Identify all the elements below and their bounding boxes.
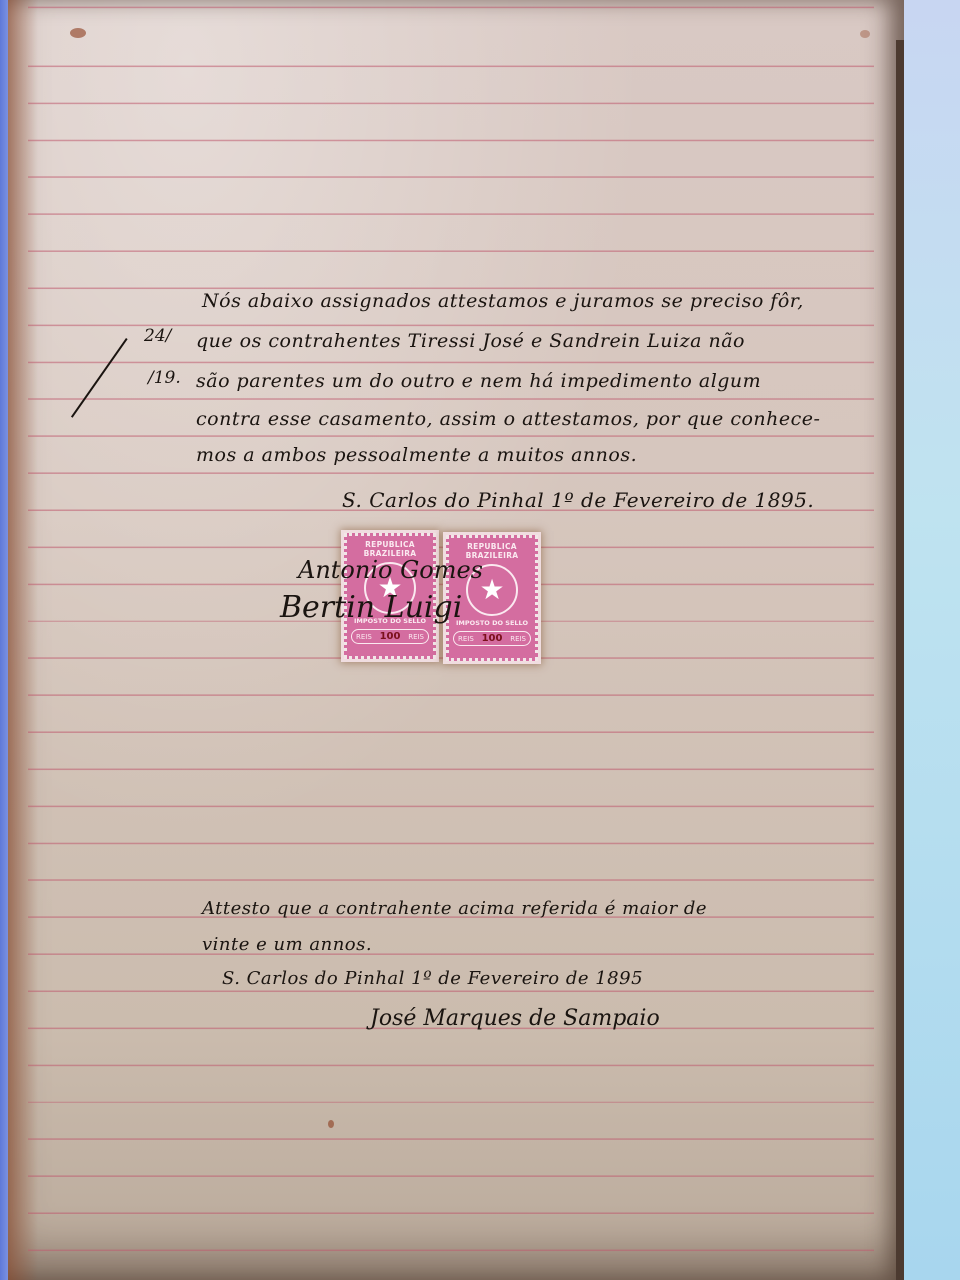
background-right xyxy=(900,0,960,1280)
certification-line-1: Attesto que a contrahente acima referida… xyxy=(202,898,707,919)
witness-signature-2: Bertin Luigi xyxy=(280,590,462,625)
stamp-value-box: REIS 100 REIS xyxy=(453,631,531,646)
stain-spot xyxy=(860,30,870,38)
page-edge-shadow xyxy=(896,40,904,1280)
attestation-line-4: contra esse casamento, assim o attestamo… xyxy=(196,408,820,430)
margin-note-1: 24/ xyxy=(144,326,171,346)
certification-place-date: S. Carlos do Pinhal 1º de Fevereiro de 1… xyxy=(222,968,643,989)
attestation-place-date: S. Carlos do Pinhal 1º de Fevereiro de 1… xyxy=(342,488,814,512)
stamp-currency-left: REIS xyxy=(356,633,372,641)
stamp-value: 100 xyxy=(380,631,401,642)
certification-line-2: vinte e um annos. xyxy=(202,934,372,955)
stamp-currency-right: REIS xyxy=(408,633,424,641)
star-icon: ★ xyxy=(479,576,504,604)
attestation-line-2: que os contrahentes Tiressi José e Sandr… xyxy=(196,330,745,352)
witness-signature-1: Antonio Gomes xyxy=(298,556,483,584)
attestation-line-3: são parentes um do outro e nem há impedi… xyxy=(196,370,761,392)
stain-spot xyxy=(328,1120,334,1128)
certification-signature: José Marques de Sampaio xyxy=(370,1006,660,1031)
stain-spot xyxy=(70,28,86,38)
attestation-line-1: Nós abaixo assignados attestamos e juram… xyxy=(202,290,804,312)
stamp-currency-left: REIS xyxy=(458,635,474,643)
stamp-currency-right: REIS xyxy=(510,635,526,643)
stamp-value-box: REIS 100 REIS xyxy=(351,629,429,644)
document-page: 24/ /19. Nós abaixo assignados attestamo… xyxy=(8,0,904,1280)
attestation-line-5: mos a ambos pessoalmente a muitos annos. xyxy=(196,444,637,466)
stamp-value: 100 xyxy=(482,633,503,644)
margin-note-2: /19. xyxy=(148,368,181,388)
